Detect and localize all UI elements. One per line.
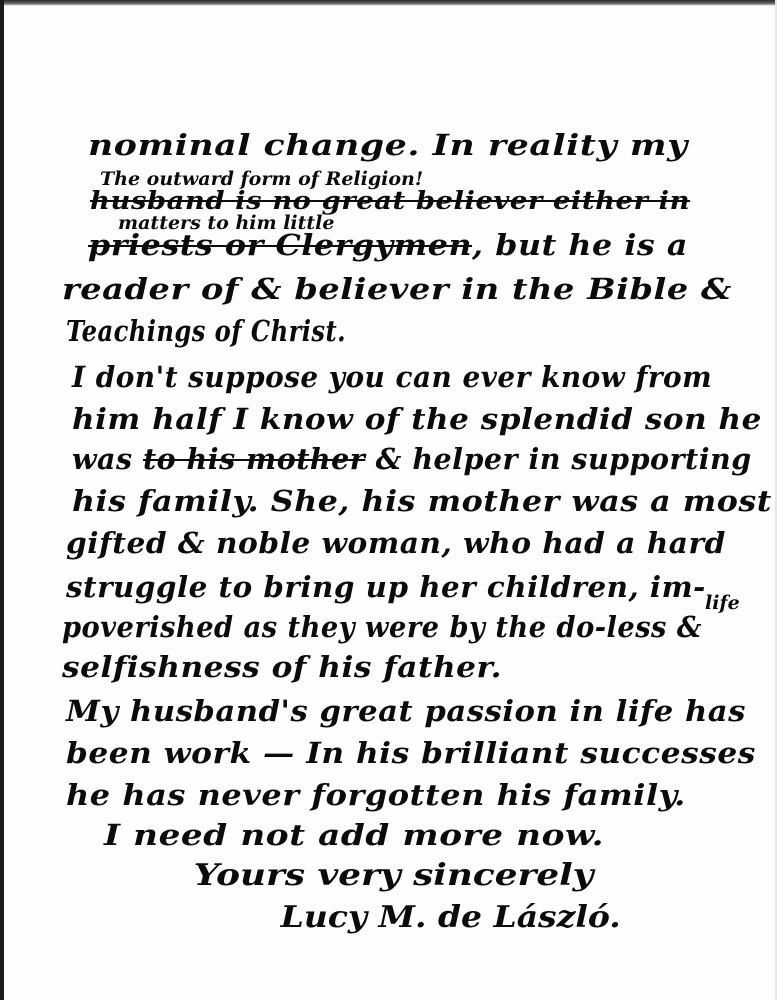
letter-line-15: been work — In his brilliant successes <box>66 736 756 770</box>
line-8-was: was <box>72 442 133 476</box>
line-3-continuation: , but he is a <box>472 228 688 262</box>
closing-salutation: Yours very sincerely <box>194 858 594 893</box>
letter-line-12: poverished as they were by the do-less & <box>62 610 702 644</box>
letter-line-13: selfishness of his father. <box>62 650 502 684</box>
letter-line-9: his family. She, his mother was a most <box>72 484 772 518</box>
scan-top-edge <box>0 0 777 6</box>
line-12-text: poverished as they were by the do-less <box>62 610 667 644</box>
letter-line-8: was to his mother & helper in supporting <box>72 442 752 476</box>
letter-line-4: reader of & believer in the Bible & <box>62 272 732 306</box>
struck-to-his-mother: to his mother <box>143 442 365 476</box>
letter-line-10: gifted & noble woman, who had a hard <box>66 526 726 560</box>
letter-line-1: nominal change. In reality my <box>88 128 688 162</box>
letter-line-3: priests or Clergymen, but he is a <box>88 228 688 262</box>
scan-left-edge <box>0 0 4 1000</box>
scanned-letter-page: nominal change. In reality my The outwar… <box>0 0 777 1000</box>
struck-priests-clergymen: priests or Clergymen <box>88 228 472 262</box>
line-12-ampersand: & <box>677 610 702 644</box>
letter-line-11: struggle to bring up her children, im- <box>66 570 706 604</box>
signature: Lucy M. de László. <box>281 900 621 935</box>
letter-line-6: I don't suppose you can ever know from <box>72 360 712 394</box>
letter-line-5: Teachings of Christ. <box>66 314 346 348</box>
letter-line-17: I need not add more now. <box>104 818 604 852</box>
letter-line-7: him half I know of the splendid son he <box>72 402 762 436</box>
line-8-helper: & helper in supporting <box>376 442 752 476</box>
letter-line-16: he has never forgotten his family. <box>66 778 686 812</box>
letter-line-14: My husband's great passion in life has <box>66 694 746 728</box>
interlinear-insertion-life: life <box>705 592 740 614</box>
struck-line-husband-believer: husband is no great believer either in <box>90 186 690 215</box>
